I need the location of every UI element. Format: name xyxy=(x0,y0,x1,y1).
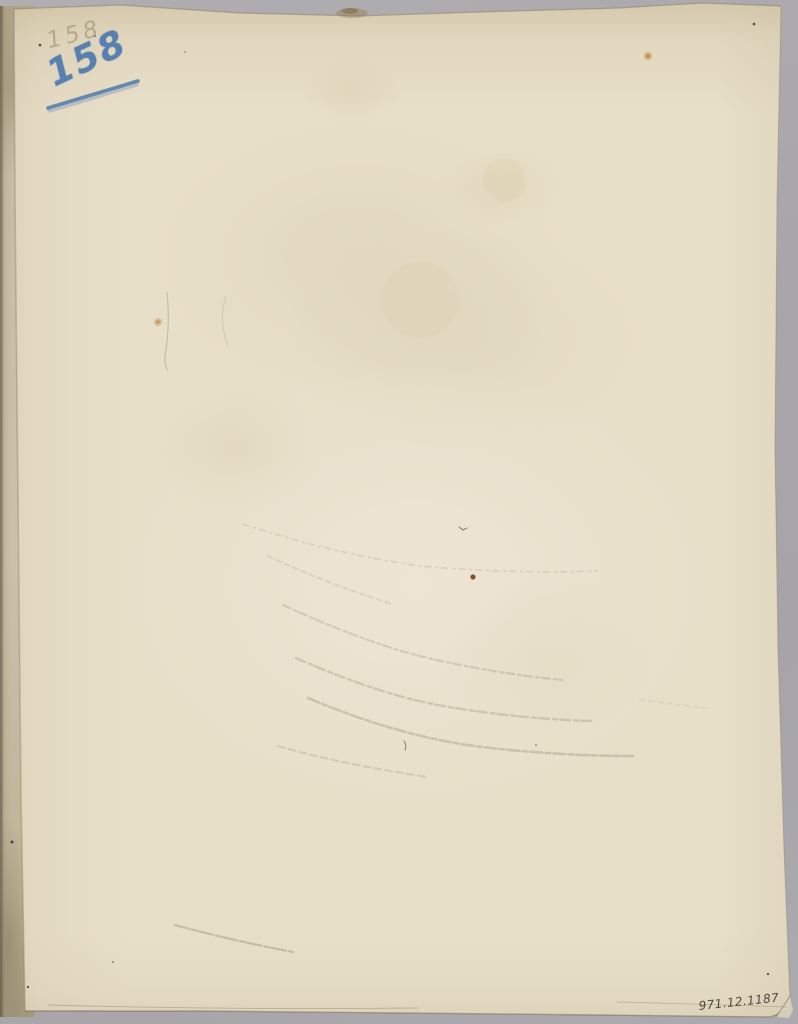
photo-backdrop: 158 158 971.12.1187 xyxy=(0,0,798,1024)
paper-sheet-verso xyxy=(0,0,798,1024)
